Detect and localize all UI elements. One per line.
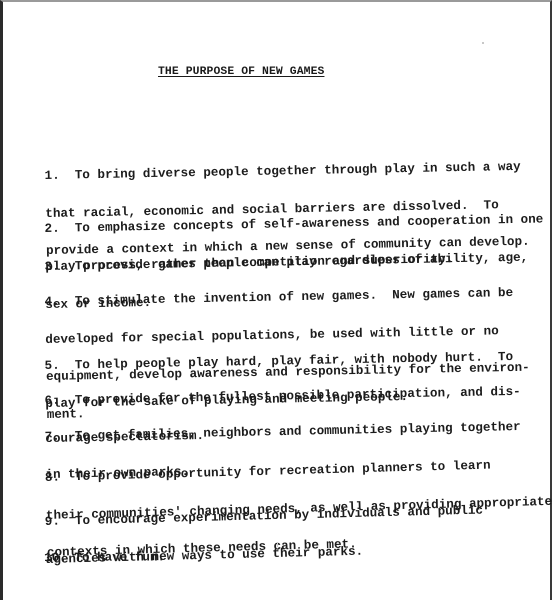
item-line: 9. To encourage experimentation by indiv… [45, 505, 484, 529]
scan-artifact [277, 543, 278, 547]
item-line: 10. To have fun. [44, 551, 165, 564]
list-item-10: 10. To have fun. [44, 526, 165, 589]
document-title: THE PURPOSE OF NEW GAMES [158, 66, 324, 78]
scan-speck [482, 42, 484, 44]
document-page: THE PURPOSE OF NEW GAMES 1. To bring div… [0, 0, 552, 600]
item-line: 4. To stimulate the invention of new gam… [44, 287, 528, 309]
item-line: 1. To bring diverse people together thro… [44, 161, 528, 183]
